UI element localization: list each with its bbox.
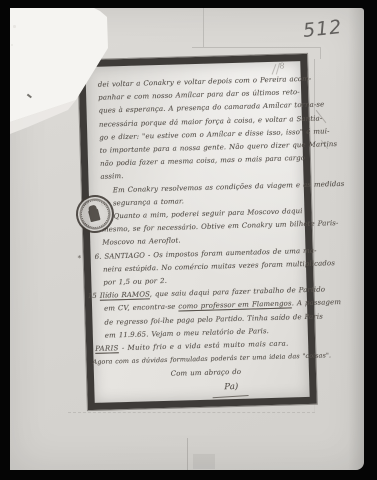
- backing-sheet-corner: [320, 47, 321, 59]
- underlined-phrase: Ilídio RAMOS: [100, 291, 150, 300]
- backing-sheet-bottom-edge: [68, 412, 315, 413]
- photographic-print-page: 8 dei voltar a Conakry e voltar depois c…: [10, 8, 364, 470]
- letter-photograph: 8 dei voltar a Conakry e voltar depois c…: [78, 54, 317, 410]
- signature-flourish: [213, 395, 249, 398]
- backing-sheet-crease: [203, 8, 204, 47]
- underlined-phrase: como professor em Flamengos: [178, 300, 291, 311]
- handwritten-text: dei voltar a Conakry e voltar depois com…: [98, 73, 307, 400]
- line-text: assim.: [100, 172, 123, 181]
- dust-speck: [11, 44, 13, 46]
- pencil-page-number: 8: [279, 61, 285, 71]
- line-text: 15: [88, 292, 100, 300]
- line-text: de segurança a tomar.: [101, 197, 184, 207]
- dust-speck: [13, 25, 16, 28]
- line-text: Moscovo na Aeroflot.: [102, 237, 181, 247]
- shadow-patch: [193, 454, 215, 469]
- line-text: - Muito frio e a vida está muito mais ca…: [119, 340, 289, 353]
- signature: Pa): [224, 379, 306, 394]
- photograph-black-border: 8 dei voltar a Conakry e voltar depois c…: [0, 0, 377, 480]
- underlined-phrase: PARIS: [95, 344, 119, 353]
- paper-crease: [187, 438, 188, 470]
- line-text: por 1,5 ou por 2.: [103, 277, 167, 287]
- line-text: . A passagem: [292, 298, 342, 307]
- margin-asterisk: *: [78, 252, 82, 265]
- line-text: em 11.9.65. Vejam o meu relatório de Par…: [105, 327, 269, 340]
- line-text: em CV, encontra-se: [104, 303, 178, 313]
- pencil-sheet-number: 512: [302, 16, 343, 42]
- backing-sheet-top-edge: [192, 47, 320, 48]
